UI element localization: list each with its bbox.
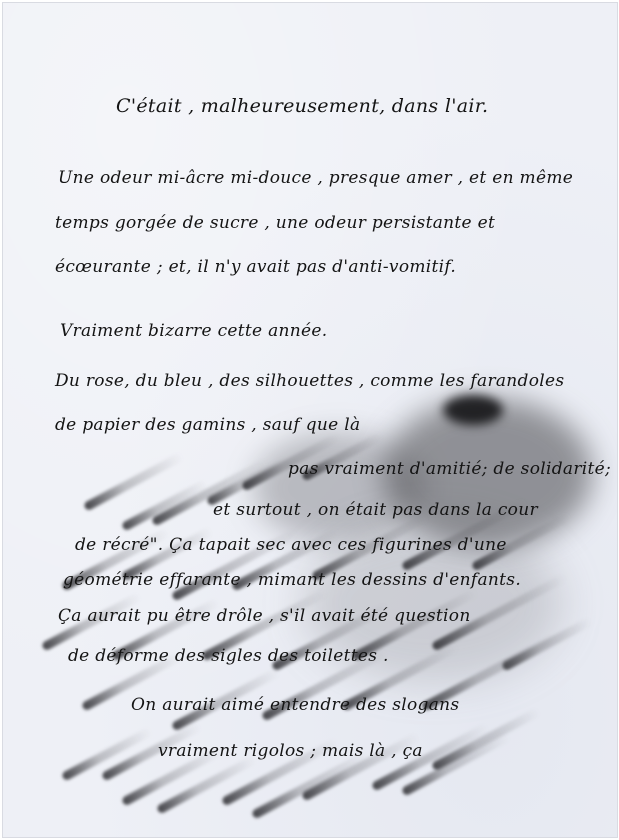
document-title: C'était , malheureusement, dans l'air. [116,95,488,117]
text-line: écœurante ; et, il n'y avait pas d'anti-… [55,257,456,277]
text-line: de récré". Ça tapait sec avec ces figuri… [75,535,507,555]
text-line: temps gorgée de sucre , une odeur persis… [55,213,495,233]
text-line: On aurait aimé entendre des slogans [131,695,459,715]
text-line: Vraiment bizarre cette année. [60,321,327,341]
text-line: et surtout , on était pas dans la cour [213,500,538,520]
text-line: vraiment rigolos ; mais là , ça [158,741,423,761]
text-line: de déforme des sigles des toilettes . [68,646,389,666]
ink-blot [443,395,503,425]
paper-page: C'était , malheureusement, dans l'air. U… [2,2,618,838]
text-line: de papier des gamins , sauf que là [55,415,360,435]
text-line: Ça aurait pu être drôle , s'il avait été… [58,606,471,626]
text-line: géométrie effarante , mimant les dessins… [63,570,521,590]
text-line: Du rose, du bleu , des silhouettes , com… [55,371,564,391]
text-line: Une odeur mi-âcre mi-douce , presque ame… [58,168,573,188]
text-line: pas vraiment d'amitié; de solidarité; [288,459,611,479]
